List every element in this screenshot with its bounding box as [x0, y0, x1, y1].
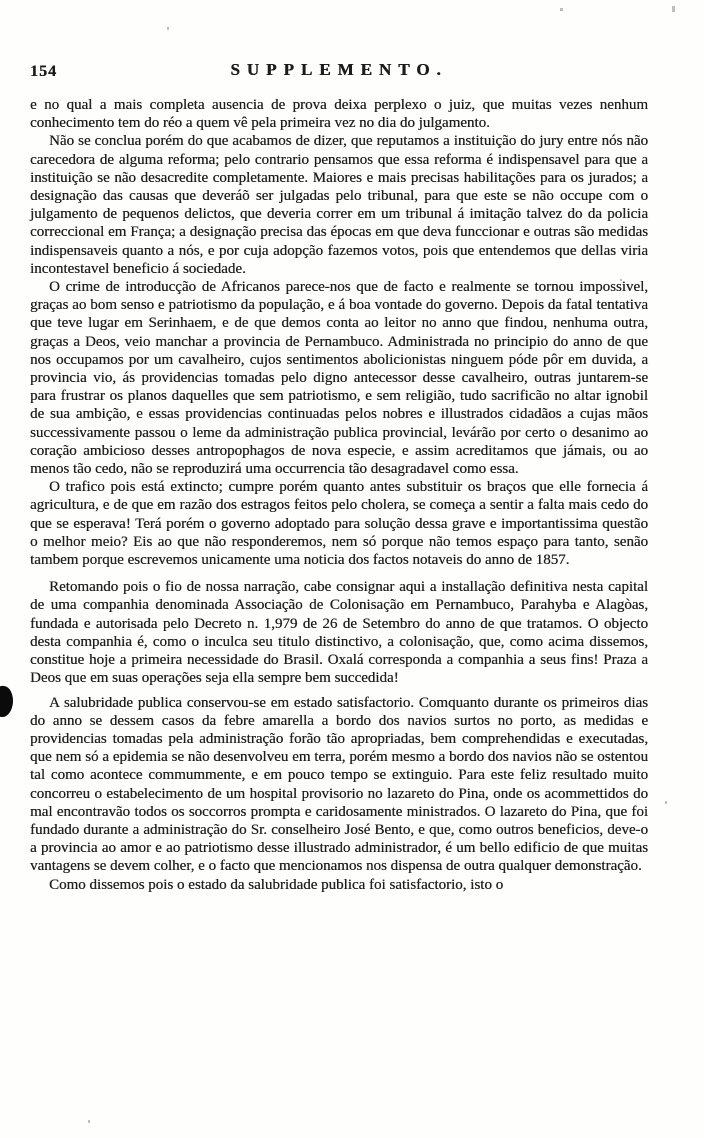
- ink-speck: [672, 6, 675, 12]
- ink-speck: [560, 8, 563, 11]
- paragraph-trafico-extincto: O trafico pois está extincto; cumpre por…: [30, 478, 648, 569]
- page-body: e no qual a mais completa ausencia de pr…: [30, 96, 648, 894]
- ink-speck: [665, 801, 667, 804]
- paragraph-salubridade-closing: Como dissemos pois o estado da salubrida…: [30, 876, 648, 894]
- paragraph-companhia-colonisacao: Retomando pois o fio de nossa narração, …: [30, 578, 648, 687]
- ink-speck: [167, 27, 169, 30]
- scanned-book-page: 154 SUPPLEMENTO. e no qual a mais comple…: [0, 0, 704, 1138]
- page-number: 154: [30, 63, 57, 81]
- page-header: 154 SUPPLEMENTO.: [30, 60, 648, 86]
- ink-blot: [0, 685, 15, 718]
- paragraph-judgment-continuation: e no qual a mais completa ausencia de pr…: [30, 96, 648, 132]
- paragraph-salubridade-publica: A salubridade publica conservou-se em es…: [30, 694, 648, 876]
- ink-speck: [88, 1120, 90, 1123]
- page-title: SUPPLEMENTO.: [30, 60, 648, 80]
- paragraph-jury-reform: Não se conclua porém do que acabamos de …: [30, 132, 648, 278]
- paragraph-crime-africanos: O crime de introducção de Africanos pare…: [30, 278, 648, 478]
